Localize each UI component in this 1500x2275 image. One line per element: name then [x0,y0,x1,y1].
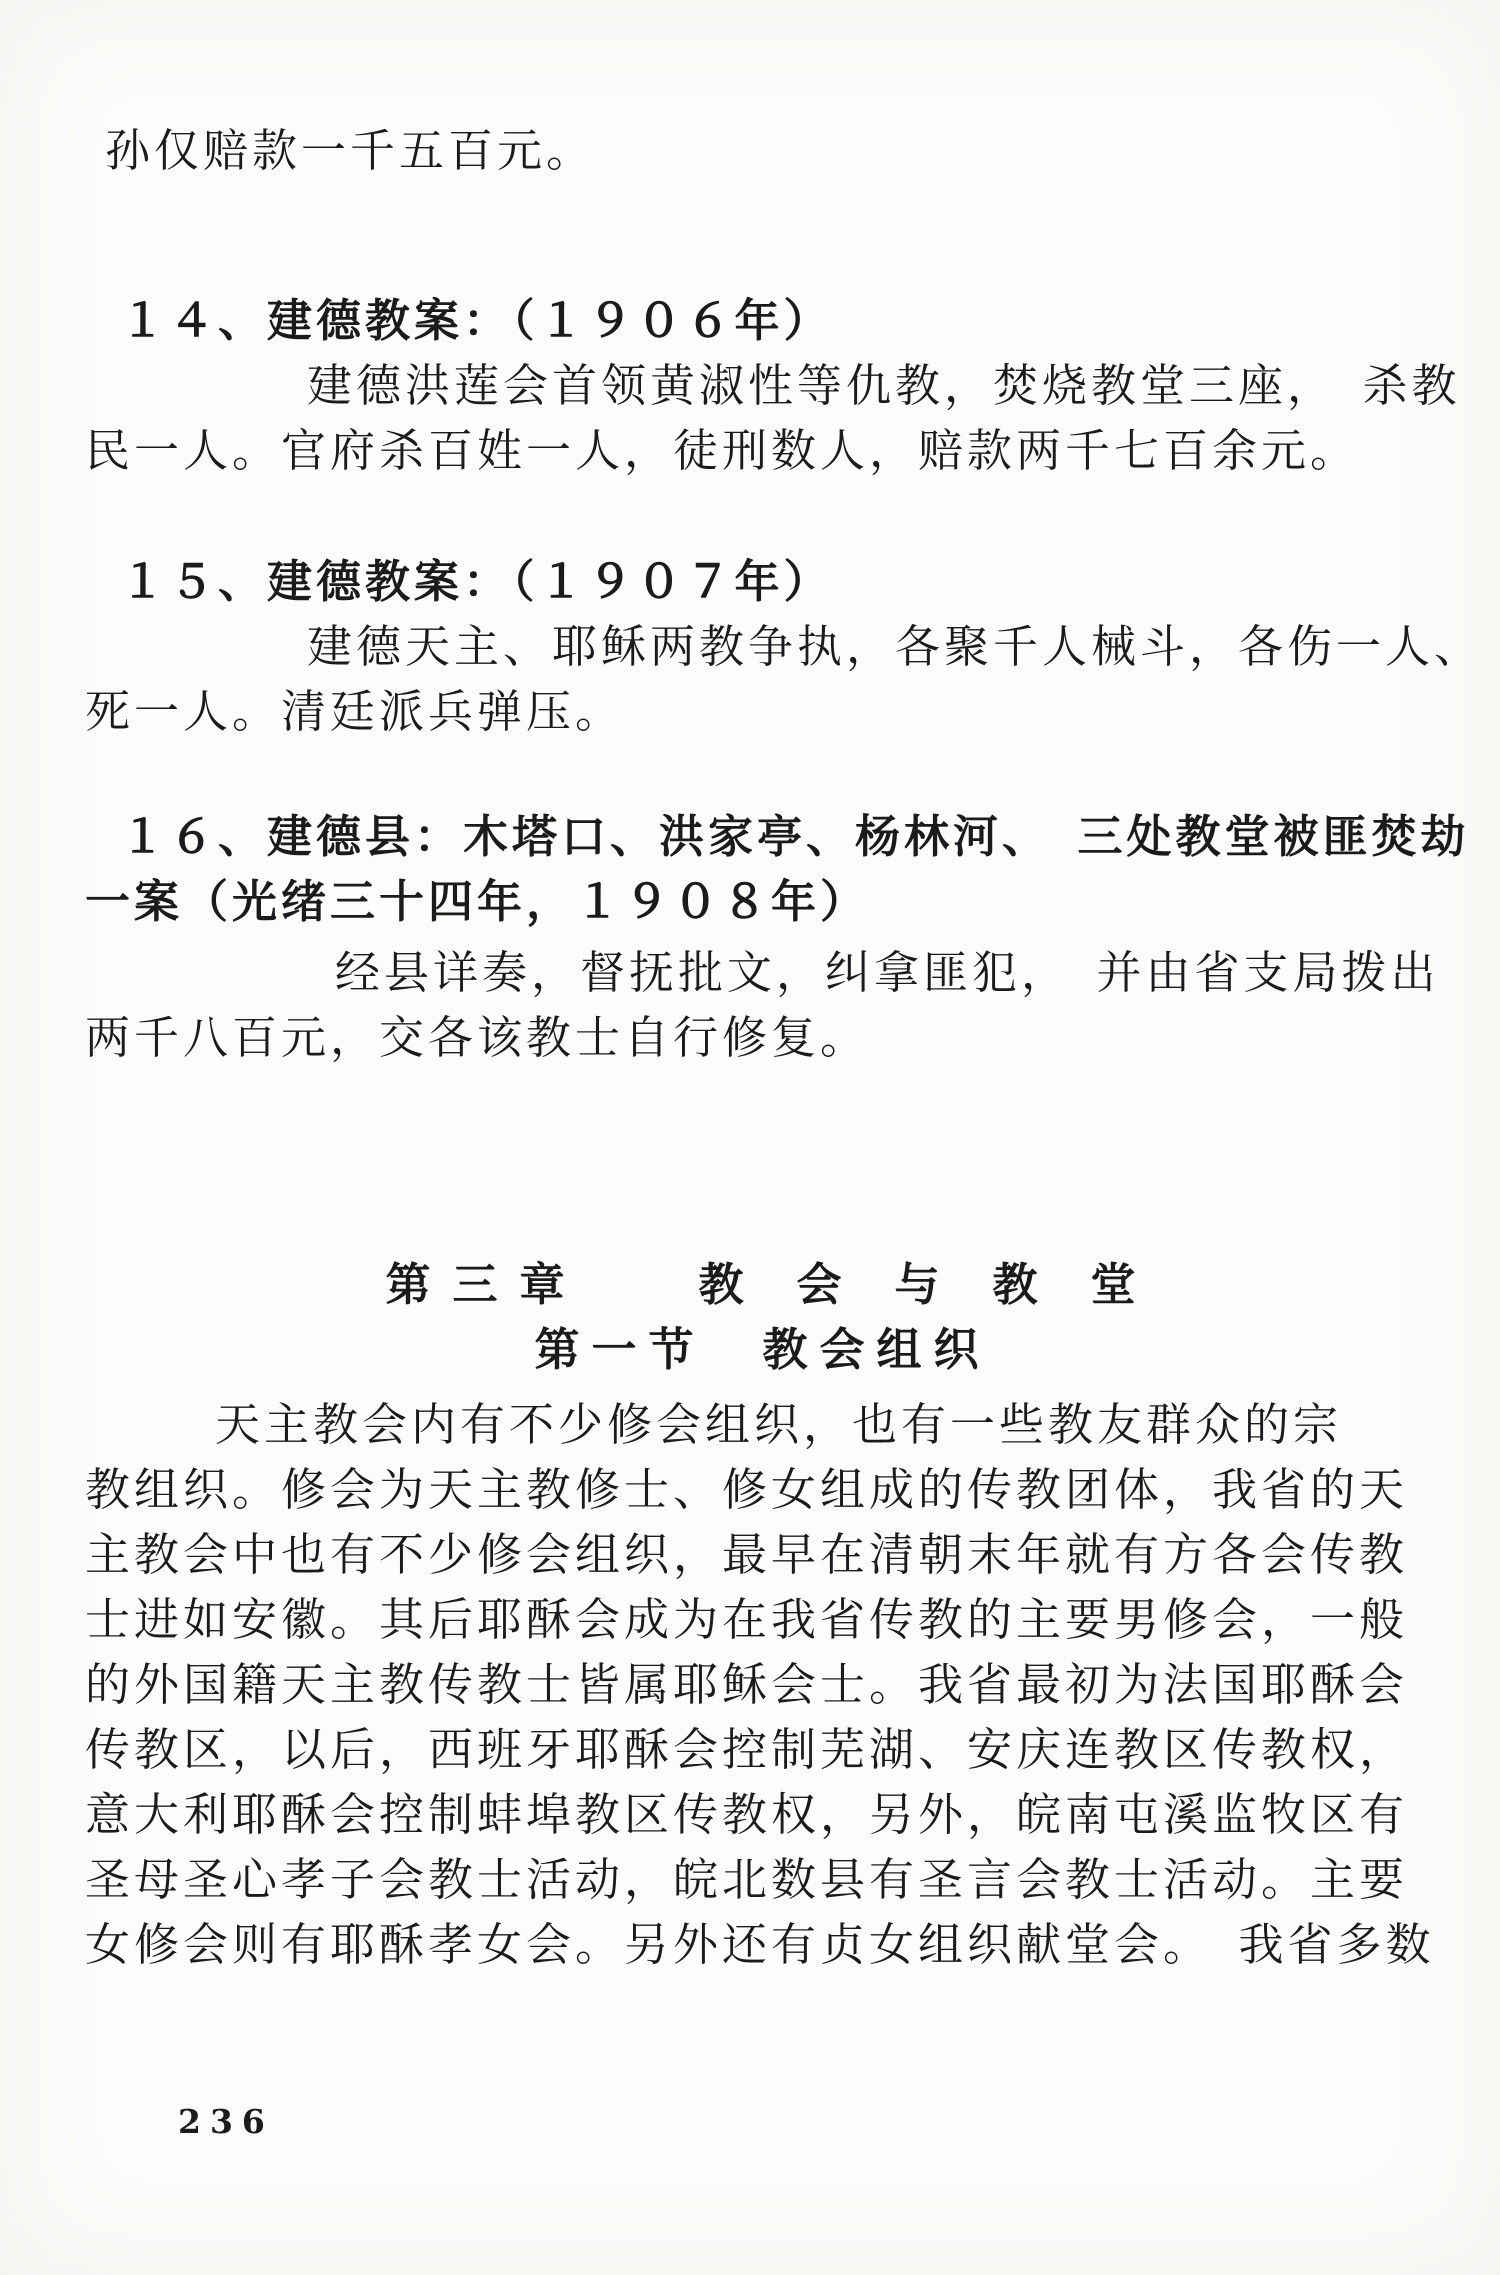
case-16-heading-2: 一案（光绪三十四年，１９０８年） [85,869,1440,934]
case-15-line-1: 建德天主、耶稣两教争执，各聚千人械斗，各伤一人、 [85,614,1440,679]
body-line-3: 主教会中也有不少修会组织，最早在清朝末年就有方各会传教 [85,1522,1440,1587]
chapter-label: 第三章 [385,1252,586,1317]
case-16-heading-1: １６、建德县：木塔口、洪家亭、杨林河、 三处教堂被匪焚劫 [120,804,1440,869]
case-15-line-2: 死一人。清廷派兵弹压。 [85,679,1440,744]
page-number: 236 [178,2102,274,2141]
body-line-4: 士进如安徽。其后耶酥会成为在我省传教的主要男修会，一般 [85,1587,1440,1652]
body-line-2: 教组织。修会为天主教修士、修女组成的传教团体，我省的天 [85,1457,1440,1522]
case-14-line-2: 民一人。官府杀百姓一人，徒刑数人，赔款两千七百余元。 [85,418,1440,483]
case-14: １４、建德教案：（１９０６年） 建德洪莲会首领黄淑性等仇教，焚烧教堂三座， 杀教… [85,288,1440,483]
chapter-heading: 第三章 教 会 与 教 堂 [85,1252,1440,1317]
case-16: １６、建德县：木塔口、洪家亭、杨林河、 三处教堂被匪焚劫 一案（光绪三十四年，１… [85,804,1440,1070]
body-line-8: 圣母圣心孝子会教士活动，皖北数县有圣言会教士活动。主要 [85,1847,1440,1912]
body-line-5: 的外国籍天主教传教士皆属耶稣会士。我省最初为法国耶酥会 [85,1652,1440,1717]
case-15-heading: １５、建德教案：（１９０７年） [120,549,1440,614]
body-line-6: 传教区，以后，西班牙耶酥会控制芜湖、安庆连教区传教权， [85,1717,1440,1782]
case-15: １５、建德教案：（１９０７年） 建德天主、耶稣两教争执，各聚千人械斗，各伤一人、… [85,549,1440,744]
body-paragraph: 天主教会内有不少修会组织，也有一些教友群众的宗 教组织。修会为天主教修士、修女组… [85,1392,1440,1977]
case-14-heading: １４、建德教案：（１９０６年） [120,288,1440,353]
case-16-line-2: 两千八百元，交各该教士自行修复。 [85,1005,1440,1070]
case-14-line-1: 建德洪莲会首领黄淑性等仇教，焚烧教堂三座， 杀教 [85,353,1440,418]
section-heading: 第一节 教会组织 [85,1317,1440,1382]
intro-line: 孙仅赔款一千五百元。 [105,118,1440,183]
scanned-book-page: 孙仅赔款一千五百元。 １４、建德教案：（１９０６年） 建德洪莲会首领黄淑性等仇教… [0,0,1500,2275]
body-line-1: 天主教会内有不少修会组织，也有一些教友群众的宗 [85,1392,1440,1457]
body-line-7: 意大利耶酥会控制蚌埠教区传教权，另外，皖南屯溪监牧区有 [85,1782,1440,1847]
body-line-9: 女修会则有耶酥孝女会。另外还有贞女组织献堂会。 我省多数 [85,1912,1440,1977]
chapter-title: 教 会 与 教 堂 [699,1252,1140,1317]
case-16-line-1: 经县详奏，督抚批文，纠拿匪犯， 并由省支局拨出 [85,940,1440,1005]
section-label: 第一节 教会组织 [534,1317,990,1382]
